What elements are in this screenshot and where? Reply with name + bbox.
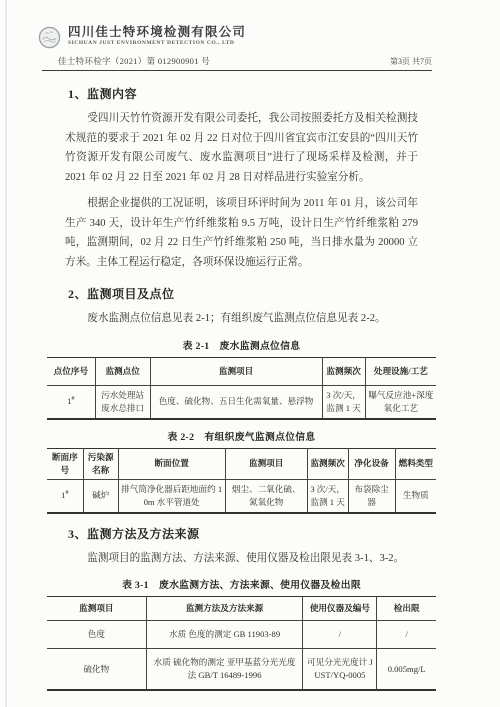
scanned-report-page: 四川佳士特环境检测有限公司 SICHUAN JUST ENVIRONMENT D…: [0, 0, 500, 707]
column-header: 断面位置: [118, 448, 225, 479]
table-cell: 水质 色度的测定 GB 11903-89: [146, 621, 303, 649]
section1-paragraph-1: 受四川天竹竹资源开发有限公司委托，我公司按照委托方及相关检测技术规范的要求于 2…: [65, 109, 418, 187]
table21-caption: 表 2-1 废水监测点位信息: [47, 338, 436, 352]
column-header: 断面序号: [47, 448, 83, 479]
table-cell: 生物质: [395, 479, 436, 513]
table-header-row: 断面序号 污染源名称 断面位置 监测项目 监测频次 净化设备 燃料类型: [47, 448, 436, 479]
column-header: 燃料类型: [395, 448, 436, 479]
table-cell: 可见分光光度计 JUST/YQ-0005: [303, 649, 377, 691]
section3-lead: 监测项目的监测方法、方法来源、使用仪器及检出限见表 3-1、3-2。: [65, 549, 418, 569]
column-header: 点位序号: [47, 357, 95, 385]
wastewater-methods-table: 监测项目 监测方法及方法来源 使用仪器及编号 检出限 色度 水质 色度的测定 G…: [47, 596, 436, 691]
table-cell: 水质 硫化物的测定 亚甲基蓝分光光度法 GB/T 16489-1996: [146, 649, 303, 691]
column-header: 监测项目: [225, 448, 307, 479]
column-header: 净化设备: [348, 448, 395, 479]
scan-artifact: [5, 0, 7, 707]
table-cell: 排气筒净化器后距地面约 10m 水平管道处: [118, 479, 225, 513]
table-cell: 色度、硫化物、五日生化需氧量、悬浮物: [150, 385, 322, 419]
table22-caption: 表 2-2 有组织废气监测点位信息: [47, 429, 436, 443]
report-body: 1、监测内容 受四川天竹竹资源开发有限公司委托，我公司按照委托方及相关检测技术规…: [47, 87, 436, 691]
table31-caption: 表 3-1 废水监测方法、方法来源、使用仪器及检出限: [47, 577, 436, 591]
document-number-row: 佳士特环检字（2021）第 012900901 号 第3页 共7页: [58, 56, 432, 67]
column-header: 监测频次: [322, 357, 365, 385]
company-brand: 四川佳士特环境检测有限公司 SICHUAN JUST ENVIRONMENT D…: [38, 25, 432, 49]
column-header: 监测项目: [150, 357, 322, 385]
column-header: 监测方法及方法来源: [146, 597, 303, 621]
header-divider: [42, 70, 432, 71]
table-cell: 污水处理站废水总排口: [95, 385, 150, 419]
table-cell: 碱炉: [83, 479, 118, 513]
document-number: 佳士特环检字（2021）第 012900901 号: [58, 56, 210, 67]
company-names: 四川佳士特环境检测有限公司 SICHUAN JUST ENVIRONMENT D…: [68, 25, 246, 47]
point-number-sup: #: [71, 395, 74, 402]
table-cell: 3 次/天，监测 1 天: [307, 479, 348, 513]
table-cell: 硫化物: [47, 649, 146, 691]
table-cell: /: [377, 621, 436, 649]
table-header-row: 监测项目 监测方法及方法来源 使用仪器及编号 检出限: [47, 597, 436, 621]
table-row: 1# 碱炉 排气筒净化器后距地面约 10m 水平管道处 烟尘、二氧化硫、氮氧化物…: [47, 479, 436, 513]
table-cell: 0.005mg/L: [377, 649, 436, 691]
section2-heading: 2、监测项目及点位: [68, 287, 436, 302]
column-header: 使用仪器及编号: [303, 597, 377, 621]
table-cell: 烟尘、二氧化硫、氮氧化物: [225, 479, 307, 513]
company-seal-icon: [38, 26, 61, 49]
table-row: 硫化物 水质 硫化物的测定 亚甲基蓝分光光度法 GB/T 16489-1996 …: [47, 649, 436, 691]
section2-lead: 废水监测点位信息见表 2-1；有组织废气监测点位信息见表 2-2。: [65, 309, 418, 329]
column-header: 监测点位: [95, 357, 150, 385]
table-header-row: 点位序号 监测点位 监测项目 监测频次 处理设施/工艺: [47, 357, 436, 385]
wastewater-points-table: 点位序号 监测点位 监测项目 监测频次 处理设施/工艺 1# 污水处理站废水总排…: [47, 357, 436, 420]
column-header: 污染源名称: [83, 448, 118, 479]
column-header: 处理设施/工艺: [365, 357, 436, 385]
column-header: 监测项目: [47, 597, 146, 621]
point-number-sup: #: [65, 489, 68, 496]
page-header: 四川佳士特环境检测有限公司 SICHUAN JUST ENVIRONMENT D…: [0, 0, 500, 67]
column-header: 监测频次: [307, 448, 348, 479]
table-cell: 3 次/天，监测 1 天: [322, 385, 365, 419]
organized-exhaust-points-table: 断面序号 污染源名称 断面位置 监测项目 监测频次 净化设备 燃料类型 1# 碱…: [47, 448, 436, 514]
point-number-cell: 1#: [47, 385, 95, 419]
table-row: 色度 水质 色度的测定 GB 11903-89 / /: [47, 621, 436, 649]
table-row: 1# 污水处理站废水总排口 色度、硫化物、五日生化需氧量、悬浮物 3 次/天，监…: [47, 385, 436, 419]
table-cell: /: [303, 621, 377, 649]
section3-heading: 3、监测方法及方法来源: [68, 527, 436, 542]
company-name-cn: 四川佳士特环境检测有限公司: [68, 25, 246, 39]
section1-paragraph-2: 根据企业提供的工况证明，该项目环评时间为 2011 年 01 月，该公司年生产 …: [65, 194, 418, 272]
table-cell: 曝气反应池+深度氧化工艺: [365, 385, 436, 419]
point-number-cell: 1#: [47, 479, 83, 513]
column-header: 检出限: [377, 597, 436, 621]
page-indicator: 第3页 共7页: [390, 56, 432, 67]
table-cell: 色度: [47, 621, 146, 649]
section1-heading: 1、监测内容: [68, 87, 436, 102]
company-name-en: SICHUAN JUST ENVIRONMENT DETECTION CO., …: [68, 40, 246, 47]
table-cell: 布袋除尘器: [348, 479, 395, 513]
